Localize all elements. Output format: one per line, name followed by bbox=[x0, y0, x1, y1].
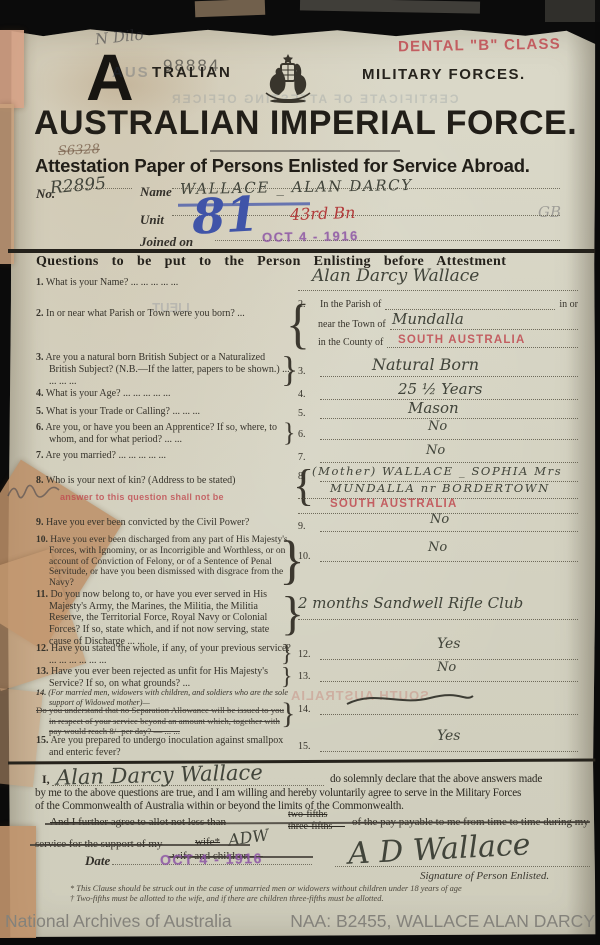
brace: } bbox=[281, 351, 298, 387]
joined-on-label: Joined on bbox=[140, 234, 193, 250]
joined-date-stamp: OCT 4 - 1916 bbox=[262, 228, 359, 245]
question-13: 13. Have you ever been rejected as unfit… bbox=[36, 666, 292, 690]
question-3: 3. Are you a natural born British Subjec… bbox=[36, 352, 292, 388]
dotted-line bbox=[298, 619, 578, 620]
answer-line-2a: 2.In the Parish ofin or bbox=[298, 298, 578, 310]
date-label: Date bbox=[85, 853, 110, 869]
question-9: 9. Have you ever been convicted by the C… bbox=[36, 517, 292, 529]
dotted-line bbox=[320, 714, 578, 715]
answer-9-hand: No bbox=[430, 512, 449, 527]
answer-4-hand: 25 ½ Years bbox=[398, 380, 482, 398]
header-left-word-faint: AUS bbox=[112, 64, 150, 81]
dotted-line bbox=[320, 531, 578, 532]
date-stamp: OCT 4 - 1916 bbox=[160, 850, 263, 868]
answer-3-hand: Natural Born bbox=[372, 355, 479, 374]
strike-line bbox=[30, 844, 250, 846]
question-4: 4. What is your Age? ... ... ... ... ... bbox=[36, 388, 292, 400]
form-subtitle: Attestation Paper of Persons Enlisted fo… bbox=[35, 155, 587, 177]
question-1: 1. What is your Name? ... ... ... ... ..… bbox=[36, 277, 292, 289]
dotted-line bbox=[320, 751, 578, 752]
brace: } bbox=[281, 699, 295, 729]
tape-strip bbox=[0, 30, 24, 108]
answer-8-hand-line1: (Mother) WALLACE _ SOPHIA Mrs bbox=[312, 464, 562, 478]
dotted-line bbox=[335, 866, 590, 867]
answer-13-hand: No bbox=[437, 660, 456, 675]
dotted-line bbox=[390, 329, 578, 330]
answer-15-hand: Yes bbox=[437, 728, 461, 744]
torn-fragment bbox=[300, 0, 480, 14]
tape-strip bbox=[0, 104, 14, 264]
dental-class-stamp: DENTAL "B" CLASS bbox=[398, 36, 561, 56]
battalion-red-hand: 43rd Bn bbox=[290, 203, 356, 224]
question-7: 7. Are you married? ... ... ... ... ... bbox=[36, 450, 292, 462]
question-15: 15. Are you prepared to undergo inoculat… bbox=[36, 735, 292, 759]
header-right-word: MILITARY FORCES. bbox=[362, 66, 526, 83]
dotted-line bbox=[320, 561, 578, 562]
question-8: 8. Who is your next of kin? (Address to … bbox=[36, 475, 292, 487]
dotted-line bbox=[298, 290, 578, 291]
torn-fragment bbox=[195, 0, 266, 17]
answer-5-hand: Mason bbox=[408, 399, 459, 417]
brace: } bbox=[283, 420, 295, 446]
question-2: 2. In or near what Parish or Town were y… bbox=[36, 308, 292, 320]
answer-6-hand: No bbox=[428, 419, 447, 434]
signature-caption: Signature of Person Enlisted. bbox=[420, 870, 549, 882]
answer-12-hand: Yes bbox=[437, 636, 461, 652]
unit-label: Unit bbox=[140, 212, 164, 228]
brace: } bbox=[281, 665, 293, 689]
dotted-line bbox=[320, 439, 578, 440]
brace: } bbox=[281, 642, 293, 666]
question-14-struck: Do you understand that no Separation All… bbox=[36, 705, 292, 737]
answer-8-stamp: SOUTH AUSTRALIA bbox=[330, 498, 457, 510]
dotted-line bbox=[320, 418, 578, 419]
coat-of-arms-icon bbox=[255, 48, 321, 109]
scanned-attestation-paper: CERTIFICATE OF ATTESTING OFFICER LIEUT. … bbox=[0, 0, 600, 945]
section-rule bbox=[8, 249, 596, 253]
answer-7-hand: No bbox=[426, 443, 445, 458]
question-12: 12. Have you stated the whole, if any, o… bbox=[36, 643, 292, 667]
archive-reference: NAA: B2455, WALLACE ALAN DARCY bbox=[290, 911, 595, 932]
question-8-red-note: answer to this question shall not be bbox=[60, 492, 224, 502]
footnote-2: † Two-fifths must be allotted to the wif… bbox=[70, 894, 384, 903]
question-11: 11. Do you now belong to, or have you ev… bbox=[36, 589, 292, 647]
unit-number-blue-hand: 81 bbox=[191, 186, 261, 245]
dotted-line bbox=[320, 681, 578, 682]
scan-bottom-edge bbox=[0, 938, 600, 945]
pencil-gb-mark: GB bbox=[538, 203, 561, 221]
page-title: AUSTRALIAN IMPERIAL FORCE. bbox=[34, 104, 586, 143]
answer-8-hand-line2: MUNDALLA nr BORDERTOWN bbox=[330, 481, 550, 495]
pen-stroke bbox=[345, 692, 475, 708]
archive-watermark-bar: National Archives of Australia NAA: B245… bbox=[0, 905, 600, 937]
questions-heading: Questions to be put to the Person Enlist… bbox=[36, 254, 586, 270]
scan-right-edge bbox=[595, 0, 600, 945]
footnote-1: * This Clause should be struck out in th… bbox=[70, 884, 462, 893]
dotted-line bbox=[320, 376, 578, 377]
name-label: Name bbox=[140, 184, 172, 200]
declaration-pre: I, bbox=[42, 772, 50, 787]
answer-10-hand: No bbox=[428, 540, 447, 555]
answer-11-hand: 2 months Sandwell Rifle Club bbox=[298, 594, 523, 612]
answer-2-town-hand: Mundalla bbox=[392, 310, 464, 328]
allotment-wife-struck: wife* bbox=[195, 836, 220, 848]
dotted-line bbox=[62, 188, 132, 189]
declaration-body-1: do solemnly declare that the above answe… bbox=[330, 773, 542, 785]
question-10: 10. Have you ever been discharged from a… bbox=[36, 535, 292, 589]
answer-1-hand: Alan Darcy Wallace bbox=[312, 266, 479, 286]
declaration-body-2: by me to the above questions are true, a… bbox=[35, 787, 587, 799]
officer-initials-mark bbox=[4, 478, 64, 504]
allotment-frac-top-struck: two-fifths bbox=[288, 809, 327, 820]
question-5: 5. What is your Trade or Calling? ... ..… bbox=[36, 406, 292, 418]
dotted-line bbox=[320, 462, 578, 463]
question-6: 6. Are you, or have you been an Apprenti… bbox=[36, 422, 292, 446]
dotted-line bbox=[52, 785, 324, 786]
header-left-word: TRALIAN bbox=[152, 64, 232, 81]
torn-fragment bbox=[545, 0, 600, 22]
dotted-line bbox=[387, 347, 578, 348]
archive-name: National Archives of Australia bbox=[5, 911, 232, 932]
rule bbox=[210, 150, 400, 152]
answer-2-county-stamp: SOUTH AUSTRALIA bbox=[398, 334, 525, 346]
